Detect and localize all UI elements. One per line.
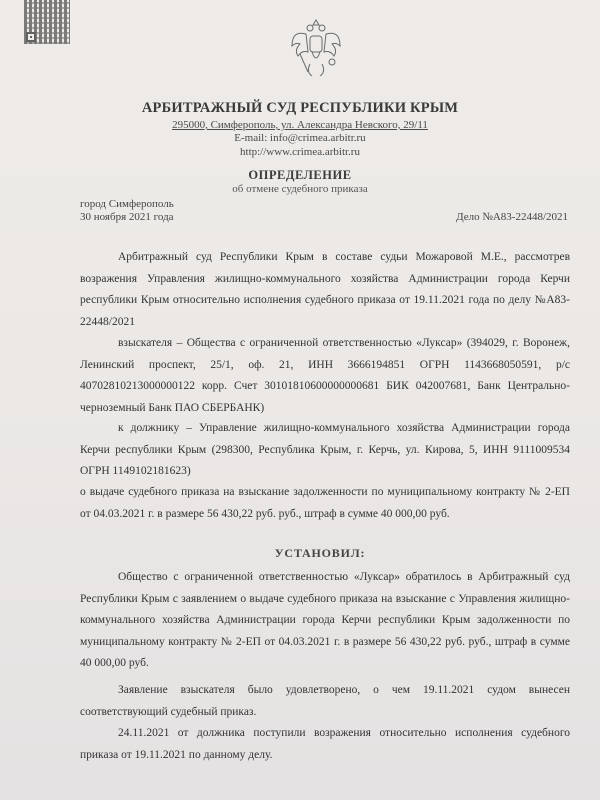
qr-finder-pattern xyxy=(26,32,36,42)
document-title: ОПРЕДЕЛЕНИЕ xyxy=(0,168,600,183)
court-email: E-mail: info@crimea.arbitr.ru xyxy=(0,131,600,145)
subject-text: о выдаче судебного приказа на взыскание … xyxy=(80,482,570,525)
court-address: 295000, Симферополь, ул. Александра Невс… xyxy=(0,119,600,131)
established-text-3: 24.11.2021 от должника поступили возраже… xyxy=(80,723,570,766)
court-header: АРБИТРАЖНЫЙ СУД РЕСПУБЛИКИ КРЫМ 295000, … xyxy=(0,100,600,159)
intro-paragraph: Арбитражный суд Республики Крым в состав… xyxy=(80,247,570,333)
established-paragraph-1: Общество с ограниченной ответственностью… xyxy=(80,567,570,675)
coat-of-arms-icon xyxy=(286,14,346,84)
claimant-paragraph: взыскателя – Общества с ограниченной отв… xyxy=(80,333,570,419)
document-date: 30 ноября 2021 года xyxy=(80,211,174,223)
claimant-text: взыскателя – Общества с ограниченной отв… xyxy=(80,333,570,419)
established-paragraph-2: Заявление взыскателя было удовлетворено,… xyxy=(80,680,570,723)
established-text-1: Общество с ограниченной ответственностью… xyxy=(80,567,570,675)
court-website: http://www.crimea.arbitr.ru xyxy=(0,145,600,159)
established-text-2: Заявление взыскателя было удовлетворено,… xyxy=(80,680,570,723)
document-city: город Симферополь xyxy=(80,198,174,210)
qr-code-icon xyxy=(24,0,70,44)
debtor-paragraph: к должнику – Управление жилищно-коммунал… xyxy=(80,418,570,483)
section-heading-established: УСТАНОВИЛ: xyxy=(0,546,600,561)
intro-text: Арбитражный суд Республики Крым в состав… xyxy=(80,247,570,333)
court-name: АРБИТРАЖНЫЙ СУД РЕСПУБЛИКИ КРЫМ xyxy=(0,100,600,117)
established-paragraph-3: 24.11.2021 от должника поступили возраже… xyxy=(80,723,570,766)
case-number: Дело №А83-22448/2021 xyxy=(456,211,568,223)
subject-paragraph: о выдаче судебного приказа на взыскание … xyxy=(80,482,570,525)
document-subtitle: об отмене судебного приказа xyxy=(0,183,600,195)
debtor-text: к должнику – Управление жилищно-коммунал… xyxy=(80,418,570,483)
